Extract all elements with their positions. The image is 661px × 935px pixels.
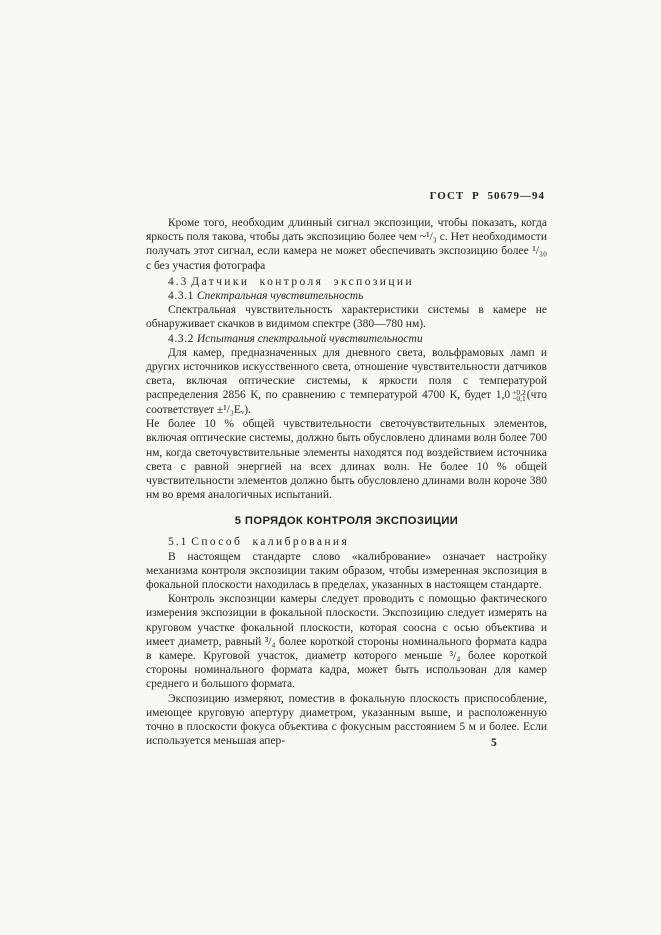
- section-heading-4-3: 4.3 Датчики контроля экспозиции: [146, 275, 547, 289]
- page-content: ГОСТ Р 50679—94 Кроме того, необходим дл…: [146, 190, 547, 749]
- paragraph-spectral-sensitivity: Спектральная чувствительность характерис…: [146, 303, 547, 331]
- section-heading-5-1: 5.1 Способ калибрования: [146, 535, 547, 549]
- paragraph-text: Для камер, предназначенных для дневного …: [146, 347, 547, 402]
- paragraph-spectral-test: Для камер, предназначенных для дневного …: [146, 346, 547, 417]
- section-number: 4.3.2: [168, 333, 194, 345]
- page-number: 5: [491, 737, 497, 749]
- paragraph-exposure-measurement: Экспозицию измеряют, поместив в фокальну…: [146, 692, 547, 749]
- paragraph-spectral-test-continued: Не более 10 % общей чувствительности све…: [146, 417, 547, 502]
- section-number: 4.3.1: [168, 290, 194, 302]
- section-number: 4.3: [168, 276, 188, 288]
- section-number: 5.1: [168, 536, 188, 548]
- tolerance-value: +0,2−0,1: [512, 390, 526, 403]
- section-title: Испытания спектральной чувствительности: [197, 333, 423, 345]
- tolerance-lower: −0,1: [512, 396, 526, 403]
- paragraph-calibration-definition: В настоящем стандарте слово «калибровани…: [146, 550, 547, 593]
- section-heading-5: 5 ПОРЯДОК КОНТРОЛЯ ЭКСПОЗИЦИИ: [146, 515, 547, 527]
- scanned-document-page: ГОСТ Р 50679—94 Кроме того, необходим дл…: [0, 0, 661, 935]
- paragraph-exposure-control-method: Контроль экспозиции камеры следует прово…: [146, 592, 547, 691]
- running-header-standard-code: ГОСТ Р 50679—94: [146, 190, 547, 202]
- section-title: Спектральная чувствительность: [197, 290, 364, 302]
- section-heading-4-3-1: 4.3.1 Спектральная чувствительность: [146, 289, 547, 303]
- paragraph-exposure-signal: Кроме того, необходим длинный сигнал экс…: [146, 216, 547, 273]
- section-title: Датчики контроля экспозиции: [191, 276, 414, 288]
- section-heading-4-3-2: 4.3.2 Испытания спектральной чувствитель…: [146, 332, 547, 346]
- section-title: Способ калибрования: [191, 536, 349, 548]
